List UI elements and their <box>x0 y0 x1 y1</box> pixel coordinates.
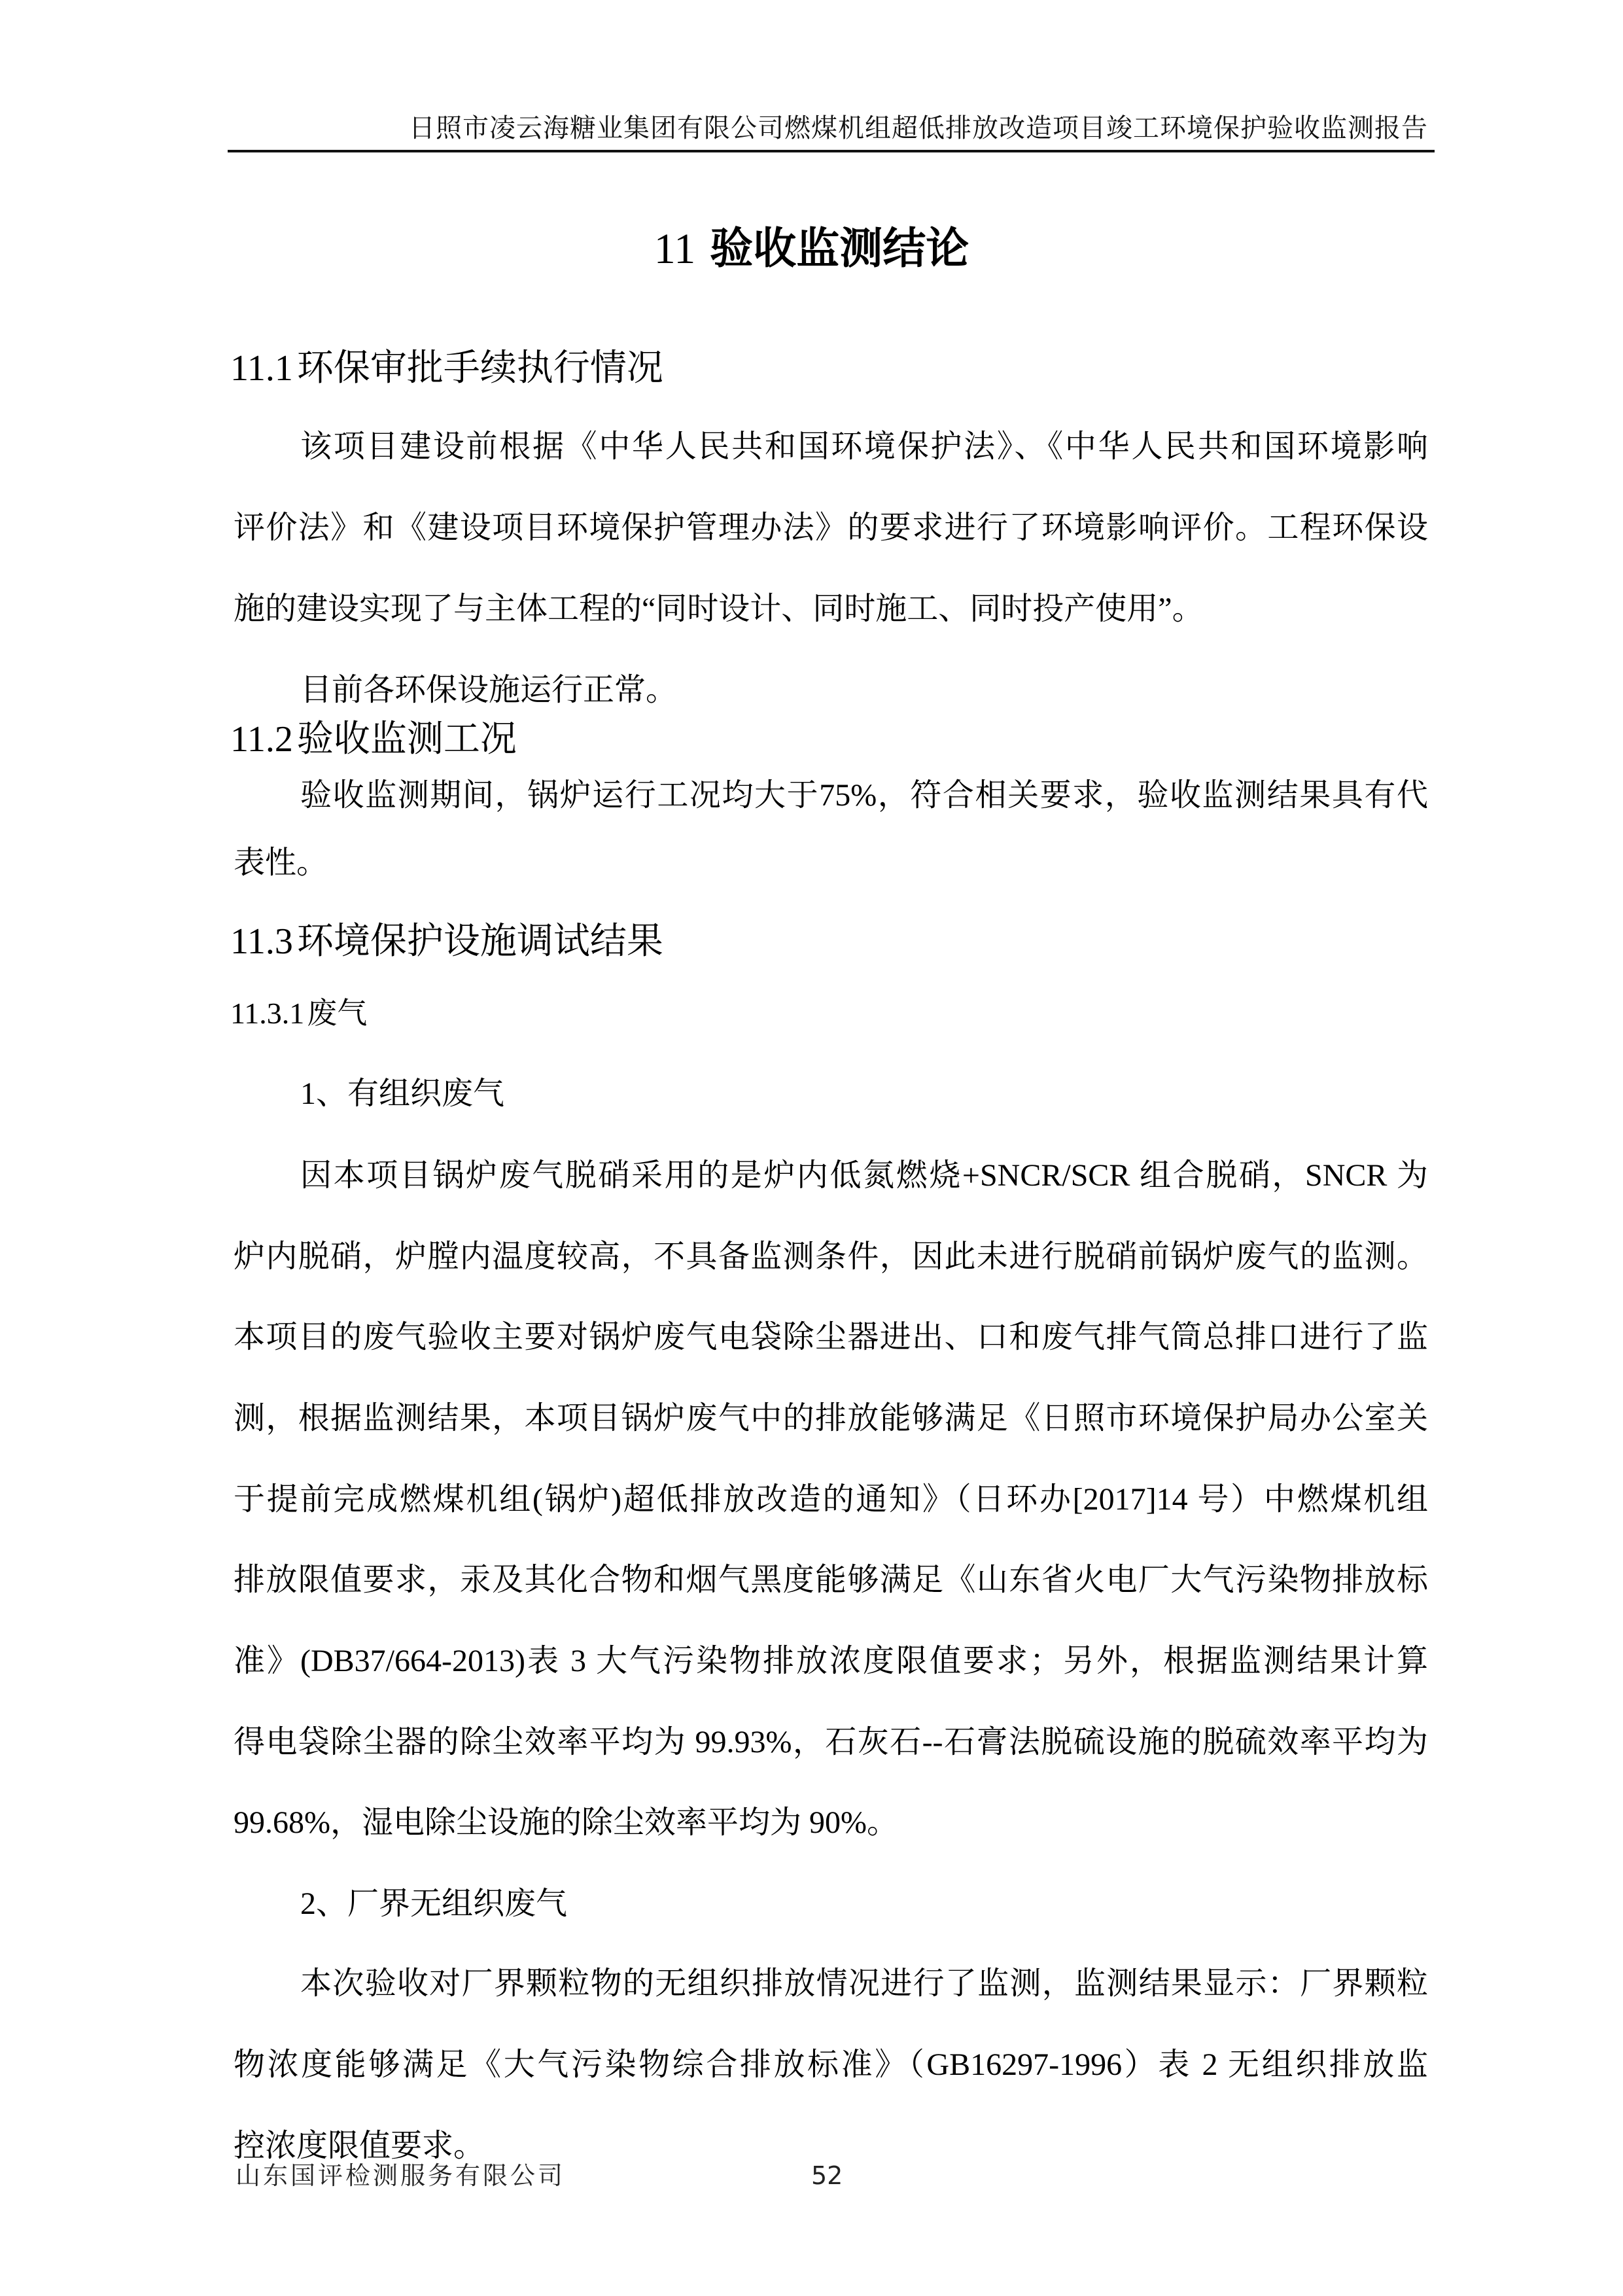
paragraph-line: 因本项目锅炉废气脱硝采用的是炉内低氮燃烧+SNCR/SCR 组合脱硝，SNCR … <box>300 1155 1428 1197</box>
paragraph-line: 验收监测期间，锅炉运行工况均大于75%，符合相关要求，验收监测结果具有代 <box>300 775 1428 817</box>
document-page: 日照市凌云海糖业集团有限公司燃煤机组超低排放改造项目竣工环境保护验收监测报告 1… <box>0 0 1623 2296</box>
subsection-number: 11.3.1 <box>230 997 304 1030</box>
section-title: 环境保护设施调试结果 <box>297 920 663 963</box>
chapter-title: 11验收监测结论 <box>0 222 1623 275</box>
paragraph-line: 测，根据监测结果，本项目锅炉废气中的排放能够满足《日照市环境保护局办公室关 <box>234 1398 1428 1439</box>
section-heading-11-2: 11.2验收监测工况 <box>230 716 517 762</box>
section-number: 11.1 <box>230 348 293 389</box>
section-number: 11.3 <box>230 921 293 962</box>
item-label-fugitive-exhaust: 2、厂界无组织废气 <box>300 1883 1428 1925</box>
paragraph-line: 目前各环保设施运行正常。 <box>300 669 1428 711</box>
section-heading-11-3: 11.3环境保护设施调试结果 <box>230 919 663 964</box>
section-title: 环保审批手续执行情况 <box>297 347 663 389</box>
paragraph-line: 表性。 <box>234 842 1428 884</box>
paragraph-line: 本次验收对厂界颗粒物的无组织排放情况进行了监测，监测结果显示：厂界颗粒 <box>300 1963 1428 2005</box>
section-number: 11.2 <box>230 719 293 760</box>
chapter-number: 11 <box>654 225 696 273</box>
page-number: 52 <box>811 2159 843 2192</box>
paragraph-line: 于提前完成燃煤机组(锅炉)超低排放改造的通知》（日环办[2017]14 号）中燃… <box>234 1479 1428 1521</box>
paragraph-line: 准》(DB37/664-2013)表 3 大气污染物排放浓度限值要求；另外，根据… <box>234 1640 1428 1682</box>
section-title: 验收监测工况 <box>297 718 517 760</box>
subsection-title: 废气 <box>307 995 367 1031</box>
item-label-organized-exhaust: 1、有组织废气 <box>300 1073 1428 1115</box>
paragraph-line: 该项目建设前根据《中华人民共和国环境保护法》、《中华人民共和国环境影响 <box>300 426 1428 468</box>
subsection-heading-11-3-1: 11.3.1废气 <box>230 993 367 1033</box>
running-header: 日照市凌云海糖业集团有限公司燃煤机组超低排放改造项目竣工环境保护验收监测报告 <box>409 110 1428 147</box>
paragraph-line: 炉内脱硝，炉膛内温度较高，不具备监测条件，因此未进行脱硝前锅炉废气的监测。 <box>234 1236 1428 1278</box>
paragraph-line: 得电袋除尘器的除尘效率平均为 99.93%，石灰石--石膏法脱硫设施的脱硫效率平… <box>234 1722 1428 1763</box>
header-rule <box>228 150 1435 152</box>
paragraph-line: 99.68%，湿电除尘设施的除尘效率平均为 90%。 <box>234 1802 1428 1844</box>
footer-company: 山东国评检测服务有限公司 <box>236 2159 565 2192</box>
paragraph-line: 物浓度能够满足《大气污染物综合排放标准》（GB16297-1996）表 2 无组… <box>234 2044 1428 2086</box>
paragraph-line: 排放限值要求，汞及其化合物和烟气黑度能够满足《山东省火电厂大气污染物排放标 <box>234 1559 1428 1601</box>
section-heading-11-1: 11.1环保审批手续执行情况 <box>230 345 663 391</box>
paragraph-line: 施的建设实现了与主体工程的“同时设计、同时施工、同时投产使用”。 <box>234 588 1428 630</box>
paragraph-line: 本项目的废气验收主要对锅炉废气电袋除尘器进出、口和废气排气筒总排口进行了监 <box>234 1316 1428 1358</box>
chapter-title-text: 验收监测结论 <box>710 223 969 274</box>
paragraph-line: 评价法》和《建设项目环境保护管理办法》的要求进行了环境影响评价。工程环保设 <box>234 507 1428 549</box>
